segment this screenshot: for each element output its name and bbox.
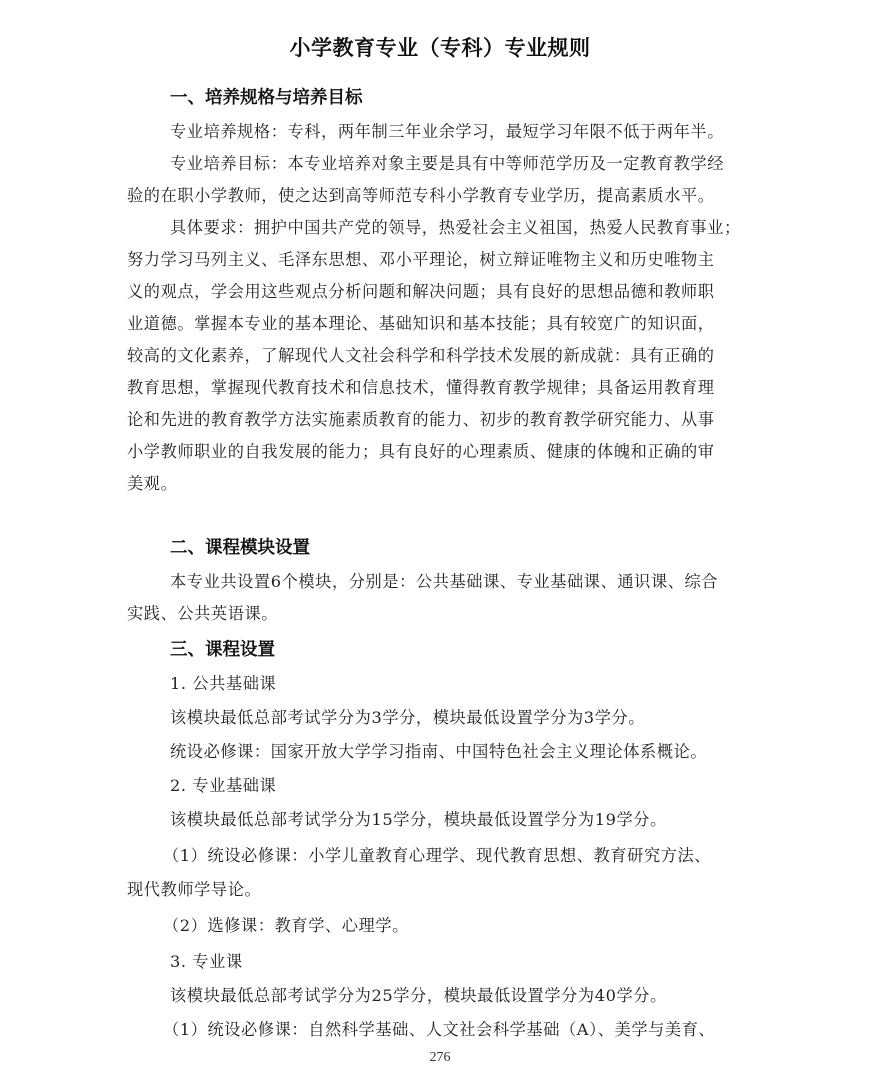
paragraph-line: 本专业共设置6个模块，分别是：公共基础课、专业基础课、通识课、综合 (170, 568, 718, 592)
paragraph-line: （1）统设必修课：自然科学基础、人文社会科学基础（A）、美学与美育、 (163, 1016, 715, 1040)
paragraph-line: 该模块最低总部考试学分为15学分，模块最低设置学分为19学分。 (170, 806, 667, 830)
subsection-title: 1. 公共基础课 (170, 670, 276, 694)
paragraph-line: 业道德。掌握本专业的基本理论、基础知识和基本技能；具有较宽广的知识面， (127, 310, 715, 334)
paragraph-line: （1）统设必修课：小学儿童教育心理学、现代教育思想、教育研究方法、 (163, 842, 711, 866)
paragraph-line: （2）选修课：教育学、心理学。 (163, 912, 409, 936)
paragraph-line: 美观。 (127, 470, 177, 494)
document-page: 小学教育专业（专科）专业规则 一、培养规格与培养目标 专业培养规格：专科，两年制… (0, 0, 880, 1084)
section-heading-1: 一、培养规格与培养目标 (170, 84, 363, 109)
paragraph-line: 统设必修课：国家开放大学学习指南、中国特色社会主义理论体系概论。 (170, 738, 707, 762)
paragraph-line: 该模块最低总部考试学分为3学分，模块最低设置学分为3学分。 (170, 704, 645, 728)
subsection-title: 3. 专业课 (170, 948, 243, 972)
subsection-title: 2. 专业基础课 (170, 772, 276, 796)
section-heading-3: 三、课程设置 (170, 636, 275, 661)
section-heading-2: 二、课程模块设置 (170, 534, 310, 559)
paragraph-line: 小学教师职业的自我发展的能力；具有良好的心理素质、健康的体魄和正确的审 (127, 438, 715, 462)
paragraph-line: 教育思想，掌握现代教育技术和信息技术，懂得教育教学规律；具备运用教育理 (127, 374, 715, 398)
page-title: 小学教育专业（专科）专业规则 (0, 32, 880, 62)
paragraph-line: 论和先进的教育教学方法实施素质教育的能力、初步的教育教学研究能力、从事 (127, 406, 715, 430)
paragraph-line: 该模块最低总部考试学分为25学分，模块最低设置学分为40学分。 (170, 982, 667, 1006)
paragraph-line: 专业培养规格：专科，两年制三年业余学习，最短学习年限不低于两年半。 (170, 118, 724, 142)
paragraph-line: 验的在职小学教师，使之达到高等师范专科小学教育专业学历，提高素质水平。 (127, 182, 715, 206)
paragraph-line: 义的观点，学会用这些观点分析问题和解决问题；具有良好的思想品德和教师职 (127, 278, 715, 302)
paragraph-line: 较高的文化素养，了解现代人文社会科学和科学技术发展的新成就：具有正确的 (127, 342, 715, 366)
paragraph-line: 具体要求：拥护中国共产党的领导，热爱社会主义祖国，热爱人民教育事业； (170, 214, 741, 238)
paragraph-line: 实践、公共英语课。 (127, 600, 278, 624)
page-number: 276 (0, 1050, 880, 1066)
paragraph-line: 努力学习马列主义、毛泽东思想、邓小平理论，树立辩证唯物主义和历史唯物主 (127, 246, 715, 270)
paragraph-line: 现代教师学导论。 (127, 876, 261, 900)
paragraph-line: 专业培养目标：本专业培养对象主要是具有中等师范学历及一定教育教学经 (170, 150, 724, 174)
